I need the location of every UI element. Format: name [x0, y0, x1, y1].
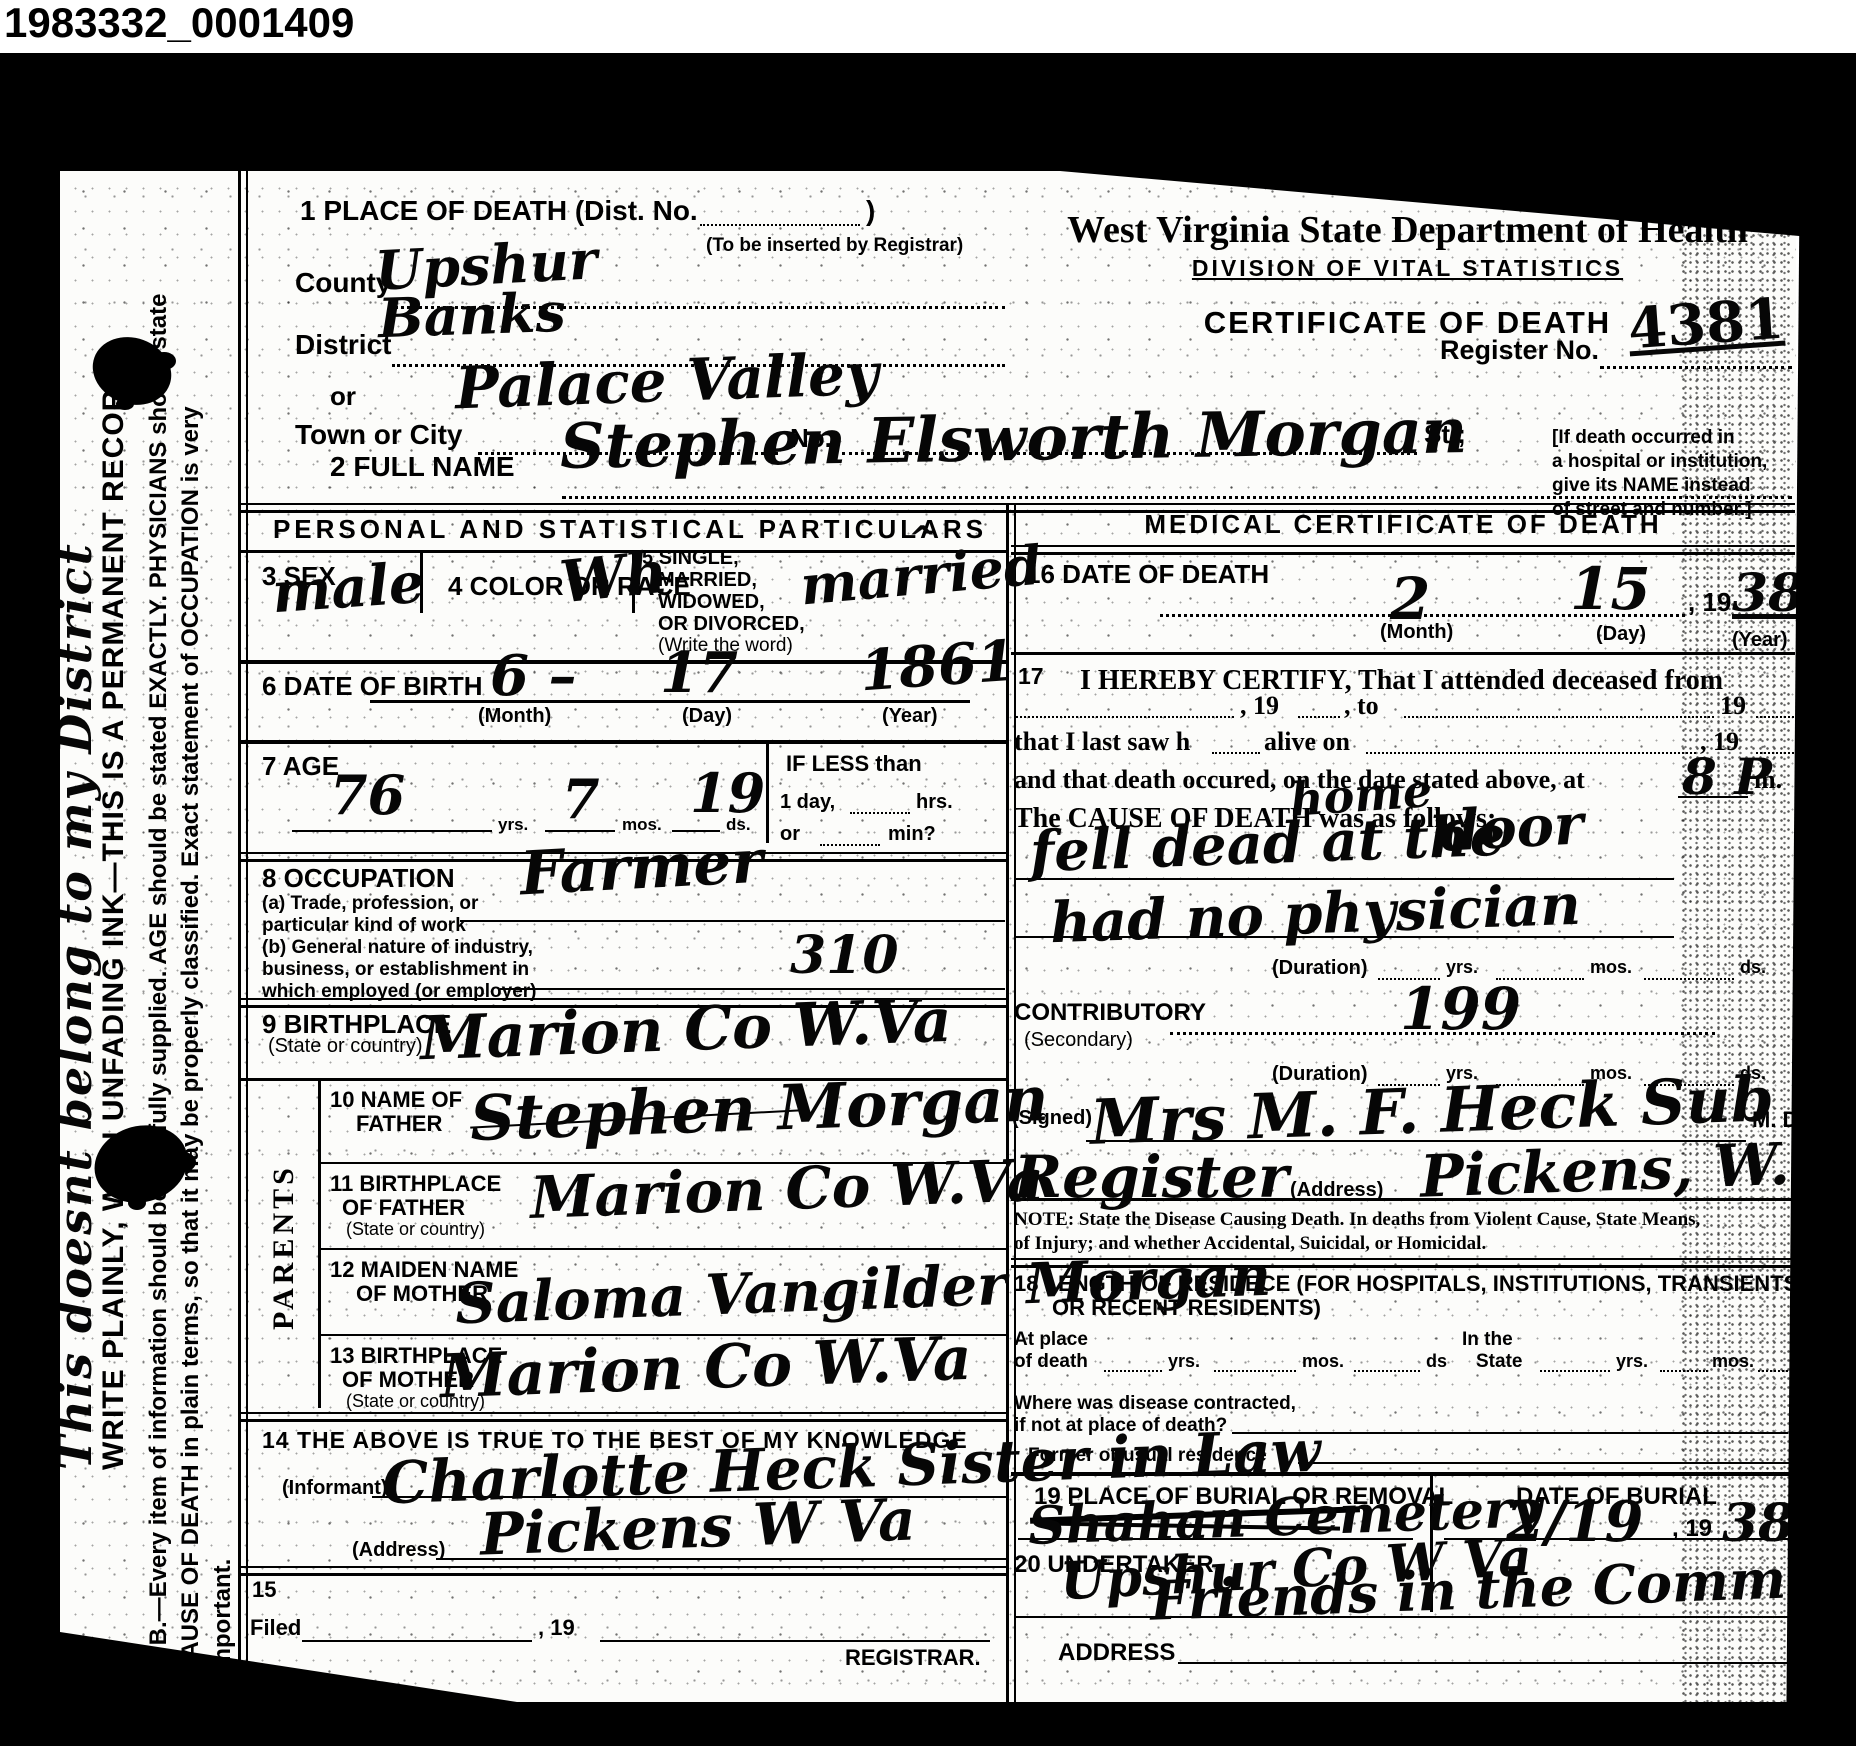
death-time-value: 8 P	[1682, 752, 1772, 802]
full-name-value: Stephen Elsworth Morgan	[560, 400, 1468, 478]
duration1-line-c	[1644, 978, 1734, 980]
min-label: min?	[888, 824, 936, 846]
dod-day-value: 15	[1570, 560, 1651, 618]
residence-line-f	[1758, 1370, 1788, 1372]
parents-group-label: PARENTS	[268, 1090, 300, 1330]
last-saw-text: that I last saw h	[1014, 728, 1190, 756]
medical-header-rule	[1011, 545, 1795, 555]
register-no-line	[1600, 366, 1792, 369]
marital-label-3: WIDOWED,	[658, 592, 765, 614]
dob-year-label: (Year)	[882, 706, 938, 728]
certify-to: , to	[1344, 692, 1379, 720]
marital-label-2: MARRIED,	[658, 570, 757, 592]
ink-blot	[170, 1152, 196, 1172]
last-saw-line-a	[1212, 752, 1260, 754]
mother-birthplace-value: Marion Co W.Va	[439, 1329, 973, 1408]
father-name-label-2: FATHER	[356, 1112, 442, 1136]
district-value: Banks	[377, 285, 566, 346]
cause-line2-value: had no physician	[1049, 877, 1581, 951]
duration1-ds: ds.	[1740, 958, 1766, 977]
if-less-label: IF LESS than	[786, 752, 922, 776]
margin-nb-line3: important.	[210, 1376, 236, 1676]
certify-line-d	[1756, 716, 1794, 718]
father-birthplace-label-2: OF FATHER	[342, 1196, 465, 1220]
margin-nb-line2: CAUSE OF DEATH in plain terms, so that i…	[178, 156, 204, 1676]
marital-label-4: OR DIVORCED,	[658, 614, 805, 636]
dod-year-label: (Year)	[1732, 630, 1788, 652]
cause-line1b-value: door	[1439, 796, 1585, 859]
age-days-value: 19	[690, 766, 765, 820]
scan-border-top	[0, 53, 1856, 171]
district-label: District	[295, 330, 391, 360]
register-handwritten: Register	[1014, 1148, 1289, 1206]
division-subtitle: DIVISION OF VITAL STATISTICS	[1020, 256, 1795, 281]
min-line	[820, 844, 880, 846]
dod-year-prefix: , 19	[1688, 588, 1731, 616]
registrar-note: (To be inserted by Registrar)	[706, 236, 963, 257]
residence-ds-1: ds	[1426, 1352, 1447, 1371]
ink-blot	[116, 398, 134, 410]
place-of-death-close: )	[866, 196, 875, 226]
date-of-birth-label: 6 DATE OF BIRTH	[262, 672, 483, 700]
age-label: 7 AGE	[262, 752, 339, 780]
contributory-label: CONTRIBUTORY	[1014, 1000, 1206, 1026]
age-ifless-divider	[766, 743, 769, 843]
at-place-label-2: of death	[1014, 1352, 1088, 1373]
signed-address-value: Pickens, W.Va	[1419, 1132, 1856, 1206]
district-or-label: or	[330, 382, 356, 410]
town-or-city-label: Town or City	[295, 420, 462, 450]
father-name-label-1: 10 NAME OF	[330, 1088, 462, 1112]
or-label: or	[780, 824, 800, 846]
signed-address-label: (Address)	[1290, 1180, 1383, 1202]
ink-blot	[152, 352, 176, 370]
date-of-death-label: 16 DATE OF DEATH	[1026, 560, 1269, 588]
undertaker-address-line	[1178, 1662, 1788, 1664]
hospital-note-line3: give its NAME instead	[1552, 476, 1751, 497]
father-name-value: Stephen Morgan	[469, 1068, 1049, 1150]
occupation-value: Farmer	[519, 832, 765, 905]
undertaker-address-label: ADDRESS	[1058, 1640, 1175, 1666]
residence-yrs-2: yrs.	[1616, 1352, 1648, 1371]
dob-month-value: 6 –	[490, 648, 576, 704]
color-race-value: Wh	[557, 543, 670, 612]
certify-line-a	[1016, 716, 1234, 718]
secondary-label: (Secondary)	[1024, 1030, 1133, 1052]
dob-row-rule	[238, 740, 1006, 744]
hospital-note-line1: [If death occurred in	[1552, 428, 1735, 449]
hrs-line	[850, 812, 910, 814]
informant-address-label: (Address)	[352, 1540, 445, 1562]
occupation-b-line3: which employed (or employer)	[262, 982, 537, 1003]
medical-section-title: MEDICAL CERTIFICATE OF DEATH	[1011, 510, 1795, 538]
where-contracted-label-1: Where was disease contracted,	[1014, 1394, 1296, 1415]
dod-row-rule	[1011, 652, 1795, 655]
occupation-a-line1: (a) Trade, profession, or	[262, 894, 478, 915]
age-months-value: 7	[562, 772, 600, 826]
birthplace-value: Marion Co W.Va	[419, 991, 953, 1070]
certify-line-c	[1404, 716, 1714, 718]
dob-day-label: (Day)	[682, 706, 732, 728]
in-the-label: In the	[1462, 1330, 1513, 1351]
scan-border-left	[0, 171, 60, 1746]
ink-blot	[128, 1196, 146, 1210]
father-birthplace-label-1: 11 BIRTHPLACE	[330, 1172, 501, 1196]
dob-year-value: 1861	[858, 633, 1017, 700]
date-of-burial-value: 2/19	[1506, 1494, 1643, 1550]
residence-line-d	[1540, 1370, 1610, 1372]
parents-bottom-rule	[238, 1412, 1006, 1422]
duration1-mos: mos.	[1590, 958, 1632, 977]
dod-month-value: 2	[1390, 570, 1430, 628]
father-birthplace-state-note: (State or country)	[346, 1220, 485, 1239]
occupation-code-value: 310	[790, 930, 899, 982]
residence-yrs-1: yrs.	[1168, 1352, 1200, 1371]
death-certificate-scan: 1983332_0001409 This doesnt belong to my…	[0, 0, 1856, 1746]
scan-id-label: 1983332_0001409	[4, 0, 354, 45]
certify-19b: 19	[1720, 692, 1746, 720]
contributory-value: 199	[1400, 980, 1521, 1038]
dod-day-label: (Day)	[1596, 624, 1646, 646]
parents-divider	[318, 1078, 321, 1408]
occupation-b-line1: (b) General nature of industry,	[262, 938, 533, 959]
dod-year-value: 38	[1732, 568, 1804, 620]
informant-bottom-rule	[238, 1566, 1006, 1576]
note-line1: NOTE: State the Disease Causing Death. I…	[1014, 1210, 1700, 1231]
registrar-label: REGISTRAR.	[845, 1646, 981, 1670]
marital-caret-mark: ^	[908, 522, 937, 556]
duration-label-1: (Duration)	[1272, 958, 1368, 980]
burial-year-prefix: , 19	[1672, 1516, 1712, 1542]
burial-year-value: 38	[1722, 1498, 1794, 1550]
filed-line-a	[302, 1640, 532, 1642]
residence-mos-2: mos.	[1712, 1352, 1754, 1371]
father-birthplace-row-rule	[318, 1248, 1006, 1250]
dob-day-value: 17	[660, 645, 738, 701]
cause-line1-value: fell dead at the	[1029, 808, 1506, 881]
alive-on-text: alive on	[1264, 728, 1350, 756]
hrs-label: hrs.	[916, 792, 953, 814]
last-saw-line-b	[1366, 752, 1696, 754]
certify-statement: I HEREBY CERTIFY, That I attended deceas…	[1080, 666, 1723, 696]
register-no-value: 4381	[1626, 291, 1785, 358]
birthplace-state-note: (State or country)	[268, 1036, 423, 1058]
occupation-a-line2: particular kind of work	[262, 916, 466, 937]
one-day-label: 1 day,	[780, 792, 835, 814]
occupation-b-line2: business, or establishment in	[262, 960, 529, 981]
age-line-a	[292, 830, 492, 832]
informant-address-value: Pickens W Va	[479, 1490, 916, 1563]
filed-line-b	[600, 1640, 990, 1642]
full-name-label: 2 FULL NAME	[330, 452, 515, 482]
filed-label: Filed	[250, 1616, 301, 1640]
informant-label: (Informant)	[282, 1478, 388, 1500]
residence-line-e	[1660, 1370, 1708, 1372]
state-label: State	[1476, 1352, 1522, 1373]
residence-line-a	[1104, 1370, 1162, 1372]
scan-border-bottom	[60, 1702, 1856, 1746]
former-residence-line	[1298, 1462, 1790, 1464]
sex-value: male	[270, 555, 426, 621]
age-years-value: 76	[330, 768, 405, 822]
item-15-label: 15	[252, 1578, 276, 1602]
dist-no-line	[700, 224, 860, 226]
age-yrs-label: yrs.	[498, 816, 528, 834]
certify-line-b	[1298, 716, 1340, 718]
item-17-label: 17	[1018, 664, 1044, 689]
residence-line-c	[1354, 1370, 1420, 1372]
dob-month-label: (Month)	[478, 706, 551, 728]
residence-line-b	[1214, 1370, 1296, 1372]
form-left-border	[238, 171, 248, 1702]
occupation-label: 8 OCCUPATION	[262, 864, 455, 892]
occupation-a-line	[460, 920, 1005, 922]
personal-section-title: PERSONAL AND STATISTICAL PARTICULARS	[255, 515, 1005, 543]
at-place-label-1: At place	[1014, 1330, 1088, 1351]
residence-mos-1: mos.	[1302, 1352, 1344, 1371]
place-of-death-label: 1 PLACE OF DEATH (Dist. No.	[300, 196, 698, 226]
certify-19a: , 19	[1240, 692, 1279, 720]
filed-19-label: , 19	[538, 1616, 575, 1640]
father-birthplace-value: Marion Co W.Va	[529, 1151, 1045, 1227]
hospital-note-line2: a hospital or institution,	[1552, 452, 1767, 473]
register-no-label: Register No.	[1440, 336, 1599, 365]
